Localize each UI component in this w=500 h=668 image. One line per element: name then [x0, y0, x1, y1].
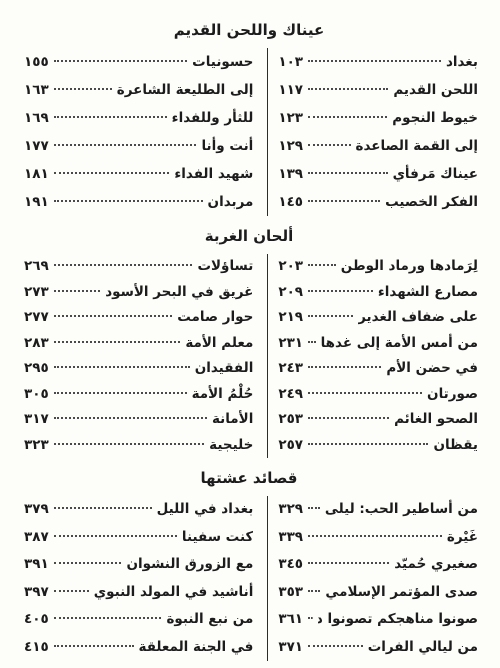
- entry-title: من أساطير الحب: ليلى: [325, 496, 478, 524]
- toc-entry: لِرَمادها ورماد الوطن ٢٠٣: [278, 254, 478, 280]
- entry-title: في حضن الأم: [386, 356, 478, 382]
- toc-entry: أناشيد في المولد النبوي ٣٩٧: [24, 579, 253, 607]
- toc-entry: حُلْمُ الأمة ٣٠٥: [24, 382, 253, 408]
- column-left: حسونيات ١٥٥ إلى الطليعة الشاعرة ١٦٣ للثأ…: [20, 48, 267, 216]
- dot-leader: [54, 341, 181, 343]
- entry-title: إلى القمة الصاعدة: [356, 132, 478, 160]
- entry-title: عيناك مَرفأي: [393, 160, 478, 188]
- toc-entry: الفكر الخصيب ١٤٥: [278, 188, 478, 216]
- section-title: ألحان الغربة: [20, 226, 478, 246]
- toc-entry: صونوا مناهجكم تصونوا دينكم ٣٦١: [278, 606, 478, 634]
- toc-entry: عيناك مَرفأي ١٣٩: [278, 160, 478, 188]
- toc-entry: خليجية ٣٢٣: [24, 433, 253, 459]
- toc-entry: مصارع الشهداء ٢٠٩: [278, 280, 478, 306]
- dot-leader: [308, 264, 336, 266]
- entry-title: بغداد في الليل: [157, 496, 254, 524]
- toc-entry: إلى القمة الصاعدة ١٢٩: [278, 132, 478, 160]
- dot-leader: [308, 535, 442, 537]
- entry-page-number: ٢٤٣: [278, 356, 303, 382]
- toc-entry: غريق في البحر الأسود ٢٧٣: [24, 280, 253, 306]
- toc-section: ألحان الغربة لِرَمادها ورماد الوطن ٢٠٣ م…: [20, 226, 478, 458]
- entry-title: لِرَمادها ورماد الوطن: [341, 254, 478, 280]
- dot-leader: [54, 645, 134, 647]
- entry-title: الفكر الخصيب: [385, 188, 478, 216]
- column-right: لِرَمادها ورماد الوطن ٢٠٣ مصارع الشهداء …: [267, 254, 478, 458]
- entry-title: إلى الطليعة الشاعرة: [117, 76, 254, 104]
- dot-leader: [54, 366, 190, 368]
- entry-title: أنت وأنا: [201, 132, 253, 160]
- toc-entry: شهيد الفداء ١٨١: [24, 160, 253, 188]
- dot-leader: [308, 443, 428, 445]
- dot-leader: [54, 392, 187, 394]
- entry-page-number: ١٢٩: [278, 132, 303, 160]
- dot-leader: [54, 617, 162, 619]
- entry-page-number: ٣٤٥: [278, 551, 303, 579]
- entry-title: خيوط النجوم: [392, 104, 478, 132]
- entry-page-number: ٢٦٩: [24, 254, 49, 280]
- section-body: لِرَمادها ورماد الوطن ٢٠٣ مصارع الشهداء …: [20, 254, 478, 458]
- entry-title: كنت سفينا: [182, 524, 253, 552]
- entry-page-number: ١٣٩: [278, 160, 303, 188]
- entry-title: من ليالي الفرات: [368, 634, 478, 662]
- toc-entry: خيوط النجوم ١٢٣: [278, 104, 478, 132]
- entry-page-number: ٣٨٧: [24, 524, 49, 552]
- dot-leader: [54, 507, 152, 509]
- dot-leader: [54, 290, 100, 292]
- entry-page-number: ٣٠٥: [24, 382, 49, 408]
- entry-page-number: ٣٥٣: [278, 579, 303, 607]
- section-title: عيناك واللحن القديم: [20, 20, 478, 40]
- entry-page-number: ١٠٣: [278, 48, 303, 76]
- entry-page-number: ٣٩٧: [24, 579, 49, 607]
- dot-leader: [308, 88, 388, 90]
- toc-entry: غَيْرة ٣٣٩: [278, 524, 478, 552]
- entry-page-number: ٢٨٣: [24, 331, 49, 357]
- entry-title: الأمانة: [212, 407, 253, 433]
- entry-page-number: ٢٠٣: [278, 254, 303, 280]
- entry-title: غَيْرة: [447, 524, 478, 552]
- entry-title: معلم الأمة: [185, 331, 253, 357]
- toc-entry: يقظان ٢٥٧: [278, 433, 478, 459]
- toc-entry: حسونيات ١٥٥: [24, 48, 253, 76]
- entry-title: يقظان: [433, 433, 478, 459]
- toc-section: عيناك واللحن القديم بغداد ١٠٣ اللحن القد…: [20, 20, 478, 216]
- toc-entry: معلم الأمة ٢٨٣: [24, 331, 253, 357]
- dot-leader: [308, 290, 373, 292]
- column-left: بغداد في الليل ٣٧٩ كنت سفينا ٣٨٧ مع الزو…: [20, 496, 267, 661]
- dot-leader: [54, 535, 177, 537]
- entry-page-number: ١٩١: [24, 188, 49, 216]
- entry-page-number: ٣٩١: [24, 551, 49, 579]
- entry-page-number: ٤٠٥: [24, 606, 49, 634]
- entry-page-number: ١٤٥: [278, 188, 303, 216]
- dot-leader: [308, 590, 320, 592]
- entry-page-number: ١٦٣: [24, 76, 49, 104]
- dot-leader: [54, 116, 167, 118]
- entry-page-number: ٣١٧: [24, 407, 49, 433]
- entry-page-number: ٢٩٥: [24, 356, 49, 382]
- column-right: بغداد ١٠٣ اللحن القديم ١١٧ خيوط النجوم ١…: [267, 48, 478, 216]
- dot-leader: [308, 507, 320, 509]
- entry-title: الصحو الغائم: [394, 407, 478, 433]
- toc-section: قصائد عشتها من أساطير الحب: ليلى ٣٢٩ غَي…: [20, 468, 478, 661]
- entry-title: في الجنة المعلقة: [139, 634, 254, 662]
- entry-page-number: ٣٣٩: [278, 524, 303, 552]
- toc-entry: صغيري حُميّد ٣٤٥: [278, 551, 478, 579]
- entry-title: حوار صامت: [177, 305, 253, 331]
- dot-leader: [308, 417, 389, 419]
- section-body: من أساطير الحب: ليلى ٣٢٩ غَيْرة ٣٣٩ صغير…: [20, 496, 478, 661]
- dot-leader: [308, 617, 313, 619]
- entry-page-number: ٢٣١: [278, 331, 303, 357]
- entry-title: شهيد الفداء: [174, 160, 253, 188]
- toc-page: عيناك واللحن القديم بغداد ١٠٣ اللحن القد…: [0, 0, 500, 668]
- entry-title: مصارع الشهداء: [378, 280, 478, 306]
- entry-title: للثأر وللفداء: [172, 104, 254, 132]
- toc-entry: للثأر وللفداء ١٦٩: [24, 104, 253, 132]
- dot-leader: [54, 590, 89, 592]
- entry-title: خليجية: [209, 433, 253, 459]
- toc-entry: من نبع النبوة ٤٠٥: [24, 606, 253, 634]
- toc-entry: في حضن الأم ٢٤٣: [278, 356, 478, 382]
- column-left: تساؤلات ٢٦٩ غريق في البحر الأسود ٢٧٣ حوا…: [20, 254, 267, 458]
- entry-page-number: ٢٥٣: [278, 407, 303, 433]
- entry-page-number: ٣٢٩: [278, 496, 303, 524]
- entry-title: من نبع النبوة: [166, 606, 253, 634]
- section-body: بغداد ١٠٣ اللحن القديم ١١٧ خيوط النجوم ١…: [20, 48, 478, 216]
- toc-entry: حوار صامت ٢٧٧: [24, 305, 253, 331]
- entry-page-number: ٢٤٩: [278, 382, 303, 408]
- dot-leader: [308, 200, 380, 202]
- dot-leader: [54, 88, 112, 90]
- entry-page-number: ٣٧٩: [24, 496, 49, 524]
- entry-page-number: ٢٧٧: [24, 305, 49, 331]
- entry-page-number: ١٦٩: [24, 104, 49, 132]
- entry-title: على ضفاف الغدير: [358, 305, 478, 331]
- entry-page-number: ٣٧١: [278, 634, 303, 662]
- entry-title: بغداد: [446, 48, 478, 76]
- entry-page-number: ١١٧: [278, 76, 303, 104]
- entry-page-number: ٢١٩: [278, 305, 303, 331]
- toc-entry: الأمانة ٣١٧: [24, 407, 253, 433]
- dot-leader: [54, 443, 204, 445]
- entry-title: مربدان: [208, 188, 254, 216]
- toc-entry: من أساطير الحب: ليلى ٣٢٩: [278, 496, 478, 524]
- dot-leader: [308, 116, 387, 118]
- entry-title: صغيري حُميّد: [394, 551, 478, 579]
- entry-page-number: ١٥٥: [24, 48, 49, 76]
- dot-leader: [308, 645, 363, 647]
- entry-page-number: ٢٧٣: [24, 280, 49, 306]
- entry-title: صورتان: [427, 382, 478, 408]
- column-right: من أساطير الحب: ليلى ٣٢٩ غَيْرة ٣٣٩ صغير…: [267, 496, 478, 661]
- entry-title: من أمس الأمة إلى غدها: [321, 331, 478, 357]
- dot-leader: [308, 144, 350, 146]
- dot-leader: [308, 366, 381, 368]
- dot-leader: [308, 60, 441, 62]
- dot-leader: [54, 264, 193, 266]
- entry-title: حسونيات: [192, 48, 253, 76]
- toc-entry: صورتان ٢٤٩: [278, 382, 478, 408]
- dot-leader: [54, 562, 122, 564]
- dot-leader: [54, 315, 173, 317]
- entry-title: مع الزورق النشوان: [126, 551, 253, 579]
- entry-page-number: ١٨١: [24, 160, 49, 188]
- dot-leader: [308, 315, 353, 317]
- toc-entry: اللحن القديم ١١٧: [278, 76, 478, 104]
- toc-entry: بغداد ١٠٣: [278, 48, 478, 76]
- entry-page-number: ٣٦١: [278, 606, 303, 634]
- toc-entry: كنت سفينا ٣٨٧: [24, 524, 253, 552]
- toc-entry: الفقيدان ٢٩٥: [24, 356, 253, 382]
- dot-leader: [54, 200, 203, 202]
- entry-page-number: ٢٠٩: [278, 280, 303, 306]
- dot-leader: [308, 341, 316, 343]
- entry-title: الفقيدان: [195, 356, 254, 382]
- entry-page-number: ٣٢٣: [24, 433, 49, 459]
- entry-title: اللحن القديم: [393, 76, 478, 104]
- toc-entry: من ليالي الفرات ٣٧١: [278, 634, 478, 662]
- entry-page-number: ١٢٣: [278, 104, 303, 132]
- toc-entry: مربدان ١٩١: [24, 188, 253, 216]
- entry-title: تساؤلات: [197, 254, 253, 280]
- entry-page-number: ٤١٥: [24, 634, 49, 662]
- dot-leader: [54, 172, 170, 174]
- toc-entry: من أمس الأمة إلى غدها ٢٣١: [278, 331, 478, 357]
- dot-leader: [308, 562, 389, 564]
- entry-title: أناشيد في المولد النبوي: [94, 579, 254, 607]
- toc-entry: على ضفاف الغدير ٢١٩: [278, 305, 478, 331]
- entry-page-number: ٢٥٧: [278, 433, 303, 459]
- dot-leader: [54, 144, 197, 146]
- toc-entry: صدى المؤتمر الإسلامي ٣٥٣: [278, 579, 478, 607]
- entry-title: صدى المؤتمر الإسلامي: [325, 579, 478, 607]
- toc-entry: أنت وأنا ١٧٧: [24, 132, 253, 160]
- dot-leader: [54, 417, 207, 419]
- toc-entry: في الجنة المعلقة ٤١٥: [24, 634, 253, 662]
- entry-title: صونوا مناهجكم تصونوا دينكم: [318, 606, 478, 634]
- entry-page-number: ١٧٧: [24, 132, 49, 160]
- entry-title: غريق في البحر الأسود: [105, 280, 253, 306]
- dot-leader: [308, 172, 388, 174]
- toc-entry: إلى الطليعة الشاعرة ١٦٣: [24, 76, 253, 104]
- dot-leader: [308, 392, 422, 394]
- toc-entry: تساؤلات ٢٦٩: [24, 254, 253, 280]
- toc-entry: بغداد في الليل ٣٧٩: [24, 496, 253, 524]
- toc-entry: الصحو الغائم ٢٥٣: [278, 407, 478, 433]
- entry-title: حُلْمُ الأمة: [192, 382, 254, 408]
- section-title: قصائد عشتها: [20, 468, 478, 488]
- toc-entry: مع الزورق النشوان ٣٩١: [24, 551, 253, 579]
- dot-leader: [54, 60, 187, 62]
